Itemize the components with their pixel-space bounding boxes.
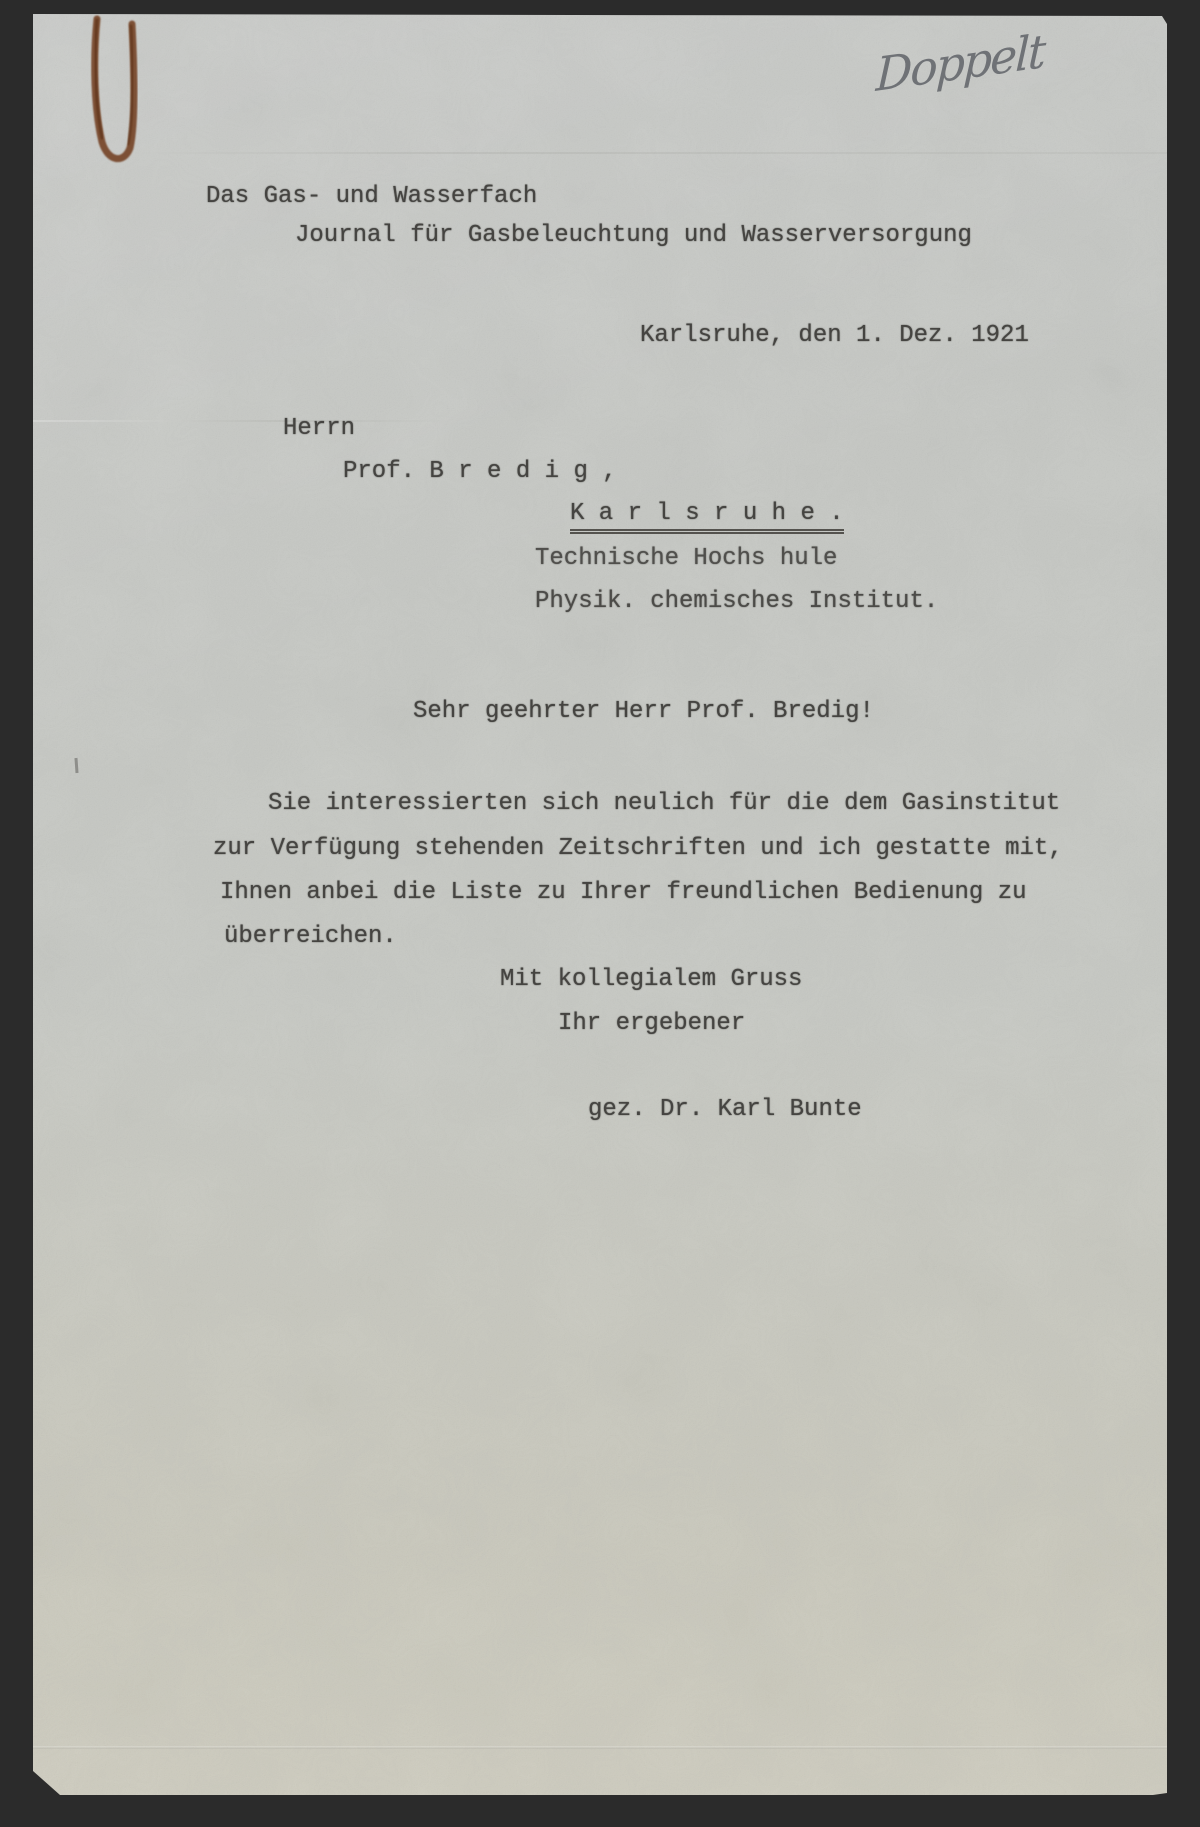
- recipient-city: K a r l s r u h e .: [570, 500, 844, 528]
- letter-salutation: Sehr geehrter Herr Prof. Bredig!: [413, 698, 874, 726]
- paper-crease: [123, 152, 1167, 154]
- dateline: Karlsruhe, den 1. Dez. 1921: [640, 322, 1029, 350]
- closing-greeting: Mit kollegialem Gruss: [500, 966, 802, 994]
- body-line-3: Ihnen anbei die Liste zu Ihrer freundlic…: [220, 879, 1027, 907]
- recipient-city-underlined: K a r l s r u h e .: [570, 500, 844, 534]
- paperclip-rust-mark: [58, 14, 178, 184]
- sender-journal-subtitle: Journal für Gasbeleuchtung und Wasserver…: [295, 222, 972, 250]
- closing-phrase: Ihr ergebener: [558, 1010, 745, 1038]
- recipient-salutation: Herrn: [283, 415, 355, 443]
- recipient-institution: Technische Hochs hule: [535, 545, 837, 573]
- recipient-name: Prof. B r e d i g ,: [343, 458, 617, 486]
- paper-fold-line: [33, 1746, 1167, 1749]
- scanned-letter-page: Doppelt Das Gas- und Wasserfach Journal …: [0, 0, 1200, 1827]
- body-line-2: zur Verfügung stehenden Zeitschriften un…: [213, 835, 1063, 863]
- paper-crease: [33, 420, 453, 422]
- margin-mark: [74, 758, 78, 773]
- letter-paper: Doppelt Das Gas- und Wasserfach Journal …: [33, 14, 1167, 1795]
- sender-journal-name: Das Gas- und Wasserfach: [206, 183, 537, 211]
- handwritten-annotation: Doppelt: [875, 24, 1045, 102]
- body-line-1: Sie interessierten sich neulich für die …: [268, 790, 1060, 818]
- recipient-department: Physik. chemisches Institut.: [535, 588, 938, 616]
- signature-line: gez. Dr. Karl Bunte: [588, 1096, 862, 1124]
- body-line-4: überreichen.: [224, 923, 397, 951]
